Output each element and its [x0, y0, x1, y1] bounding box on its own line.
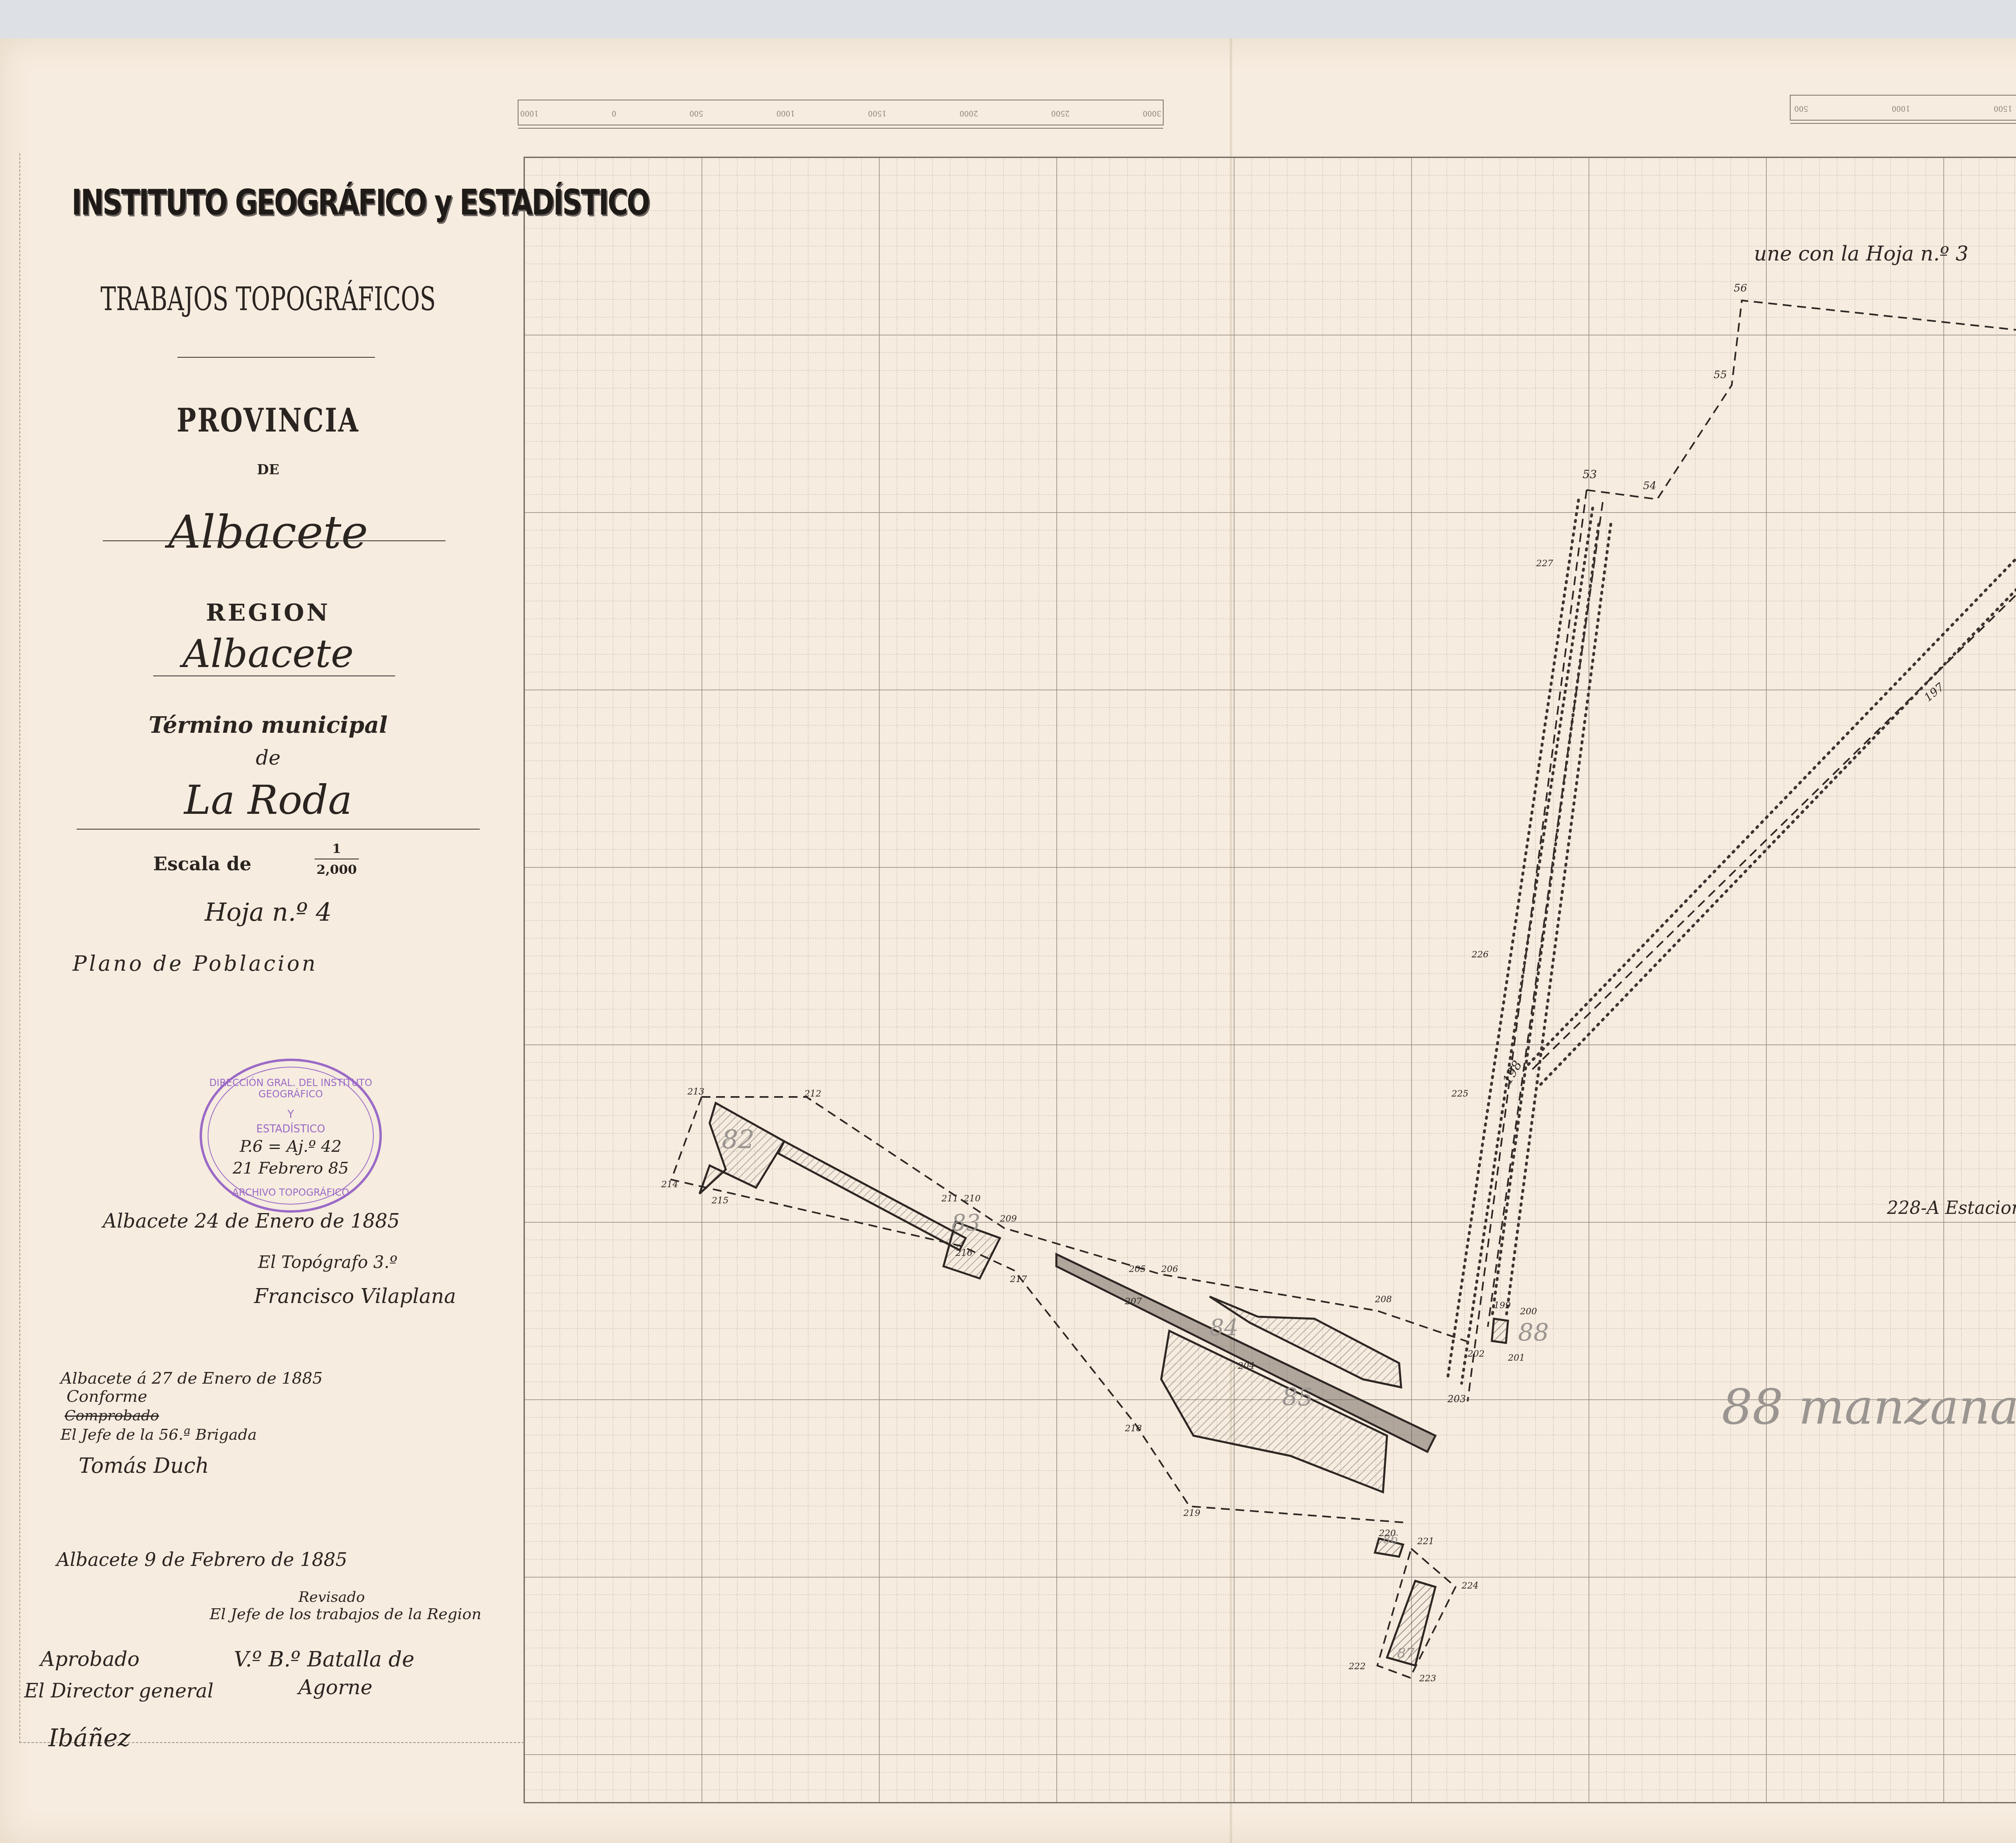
provincia-value: Albacete: [16, 506, 520, 559]
block-85: 85: [1282, 1383, 1313, 1411]
point-219: 219: [1183, 1508, 1200, 1518]
scale-labels-right: 3000 2500 2000 1500 1000 500: [1794, 104, 2016, 113]
title-block-frame: [19, 153, 524, 1743]
point-210: 210: [964, 1194, 981, 1204]
scale-label: 1000: [777, 109, 795, 117]
section-title: TRABAJOS TOPOGRÁFICOS: [87, 280, 450, 318]
point-56: 56: [1734, 282, 1747, 294]
stamp-mid-text: Y ESTADÍSTICO: [202, 1107, 379, 1136]
point-220: 220: [1379, 1528, 1396, 1539]
jefe-trabajos-title: El Jefe de los trabajos de la Region: [210, 1605, 481, 1623]
scale-label: 0: [612, 109, 616, 117]
signature-ibanez: Ibáñez: [48, 1724, 131, 1752]
block-87: 87: [1397, 1645, 1414, 1662]
point-54: 54: [1643, 480, 1656, 492]
point-209: 209: [1000, 1214, 1017, 1224]
escala-numerator: 1: [314, 841, 359, 859]
termino-de: de: [16, 746, 520, 769]
stamp-bottom-text: ARCHIVO TOPOGRÁFICO: [202, 1187, 379, 1198]
point-201: 201: [1508, 1353, 1525, 1363]
scale-label: 500: [689, 109, 703, 117]
stamp-handwritten: P.6 = Aj.º 42 21 Febrero 85: [230, 1136, 351, 1179]
point-225: 225: [1452, 1089, 1468, 1099]
point-226: 226: [1472, 950, 1489, 960]
point-199: 199: [1494, 1301, 1511, 1311]
note-estacion: 228-A Estacion del Ferro-carril: [1887, 1198, 2016, 1218]
region-underline: [153, 675, 395, 676]
conforme-text: Conforme: [67, 1387, 147, 1406]
escala-denominator: 2,000: [314, 859, 359, 877]
point-227: 227: [1536, 559, 1553, 569]
point-224: 224: [1462, 1581, 1479, 1591]
provincia-underline: [103, 540, 446, 541]
point-207: 207: [1125, 1297, 1142, 1307]
point-212: 212: [804, 1089, 821, 1099]
hoja-number: Hoja n.º 4: [16, 897, 520, 927]
stamp-estadistico: ESTADÍSTICO: [202, 1122, 379, 1136]
scale-label: 2500: [1051, 109, 1070, 117]
scale-label: 2000: [960, 109, 978, 117]
de-label: DE: [16, 462, 520, 478]
point-204: 204: [1238, 1361, 1255, 1371]
block-84: 84: [1210, 1315, 1238, 1341]
plano-type: Plano de Poblacion: [73, 952, 318, 976]
block-82: 82: [722, 1125, 754, 1155]
stamp-top-text: DIRECCIÓN GRAL. DEL INSTITUTO GEOGRÁFICO: [202, 1077, 379, 1100]
point-222: 222: [1349, 1662, 1366, 1672]
scale-label: 1500: [1994, 104, 2012, 113]
point-213: 213: [687, 1087, 704, 1097]
municipio-underline: [77, 829, 480, 830]
title-block: INSTITUTO GEOGRÁFICO y ESTADÍSTICO TRABA…: [0, 38, 524, 1813]
director-general-title: El Director general: [24, 1680, 213, 1702]
note-une-hoja-3: une con la Hoja n.º 3: [1754, 242, 1968, 265]
point-205: 205: [1129, 1264, 1146, 1274]
block-88: 88: [1518, 1319, 1549, 1347]
aprobado-text: Aprobado: [40, 1647, 140, 1671]
point-215: 215: [712, 1196, 729, 1206]
point-214: 214: [661, 1180, 678, 1190]
point-216: 216: [956, 1248, 973, 1258]
signature-duch: Tomás Duch: [79, 1454, 209, 1478]
scale-label: 3000: [1143, 109, 1161, 117]
scale-label: 1500: [868, 109, 887, 117]
block-83: 83: [952, 1210, 980, 1236]
termino-label: Término municipal: [16, 712, 520, 738]
region-value: Albacete: [16, 631, 520, 676]
revisado-label: Revisado: [298, 1589, 365, 1605]
point-202: 202: [1468, 1349, 1485, 1359]
date-brigada: Albacete á 27 de Enero de 1885: [60, 1369, 323, 1388]
batalla-text: Batalla de: [307, 1647, 414, 1672]
date-topografo: Albacete 24 de Enero de 1885: [103, 1210, 400, 1232]
point-223: 223: [1419, 1674, 1436, 1684]
point-206: 206: [1161, 1264, 1178, 1274]
signature-vilaplana: Francisco Vilaplana: [254, 1284, 456, 1308]
scale-label: 1000: [1892, 104, 1910, 113]
point-211: 211: [941, 1194, 958, 1204]
topografo-title: El Topógrafo 3.º: [258, 1252, 398, 1272]
comprobado-struck: Comprobado: [65, 1407, 159, 1424]
point-221: 221: [1417, 1537, 1434, 1547]
point-217: 217: [1010, 1274, 1027, 1284]
signature-agorne: Agorne: [298, 1676, 373, 1699]
point-55: 55: [1714, 369, 1727, 381]
date-revision: Albacete 9 de Febrero de 1885: [56, 1549, 347, 1570]
scale-label: 500: [1794, 104, 1808, 113]
vb-text: V.º B.º: [234, 1647, 300, 1672]
escala-label: Escala de: [153, 853, 252, 875]
note-manzanas: 88 manzanas.: [1722, 1379, 2016, 1435]
institution-title: INSTITUTO GEOGRÁFICO y ESTADÍSTICO: [72, 181, 465, 223]
point-208: 208: [1375, 1295, 1392, 1305]
archive-stamp: DIRECCIÓN GRAL. DEL INSTITUTO GEOGRÁFICO…: [200, 1059, 382, 1213]
map-grid: [524, 157, 2016, 1803]
stamp-hand-line1: P.6 = Aj.º 42: [230, 1136, 351, 1157]
escala-fraction: 1 2,000: [314, 841, 359, 877]
jefe-brigada-title: El Jefe de la 56.ª Brigada: [60, 1426, 257, 1443]
vb-batalla: V.º B.º Batalla de: [234, 1647, 414, 1672]
stamp-hand-line2: 21 Febrero 85: [230, 1157, 351, 1179]
point-218: 218: [1125, 1424, 1142, 1434]
provincia-label: PROVINCIA: [67, 401, 470, 439]
point-203: 203: [1447, 1393, 1466, 1405]
municipio-value: La Roda: [16, 776, 520, 824]
point-53: 53: [1583, 468, 1597, 481]
point-200: 200: [1520, 1307, 1537, 1317]
ornament-divider: [177, 357, 375, 358]
stamp-y: Y: [202, 1107, 379, 1122]
scale-labels-left: 3000 2500 2000 1500 1000 500 0 1000: [520, 109, 1161, 117]
region-label: REGION: [16, 599, 520, 626]
